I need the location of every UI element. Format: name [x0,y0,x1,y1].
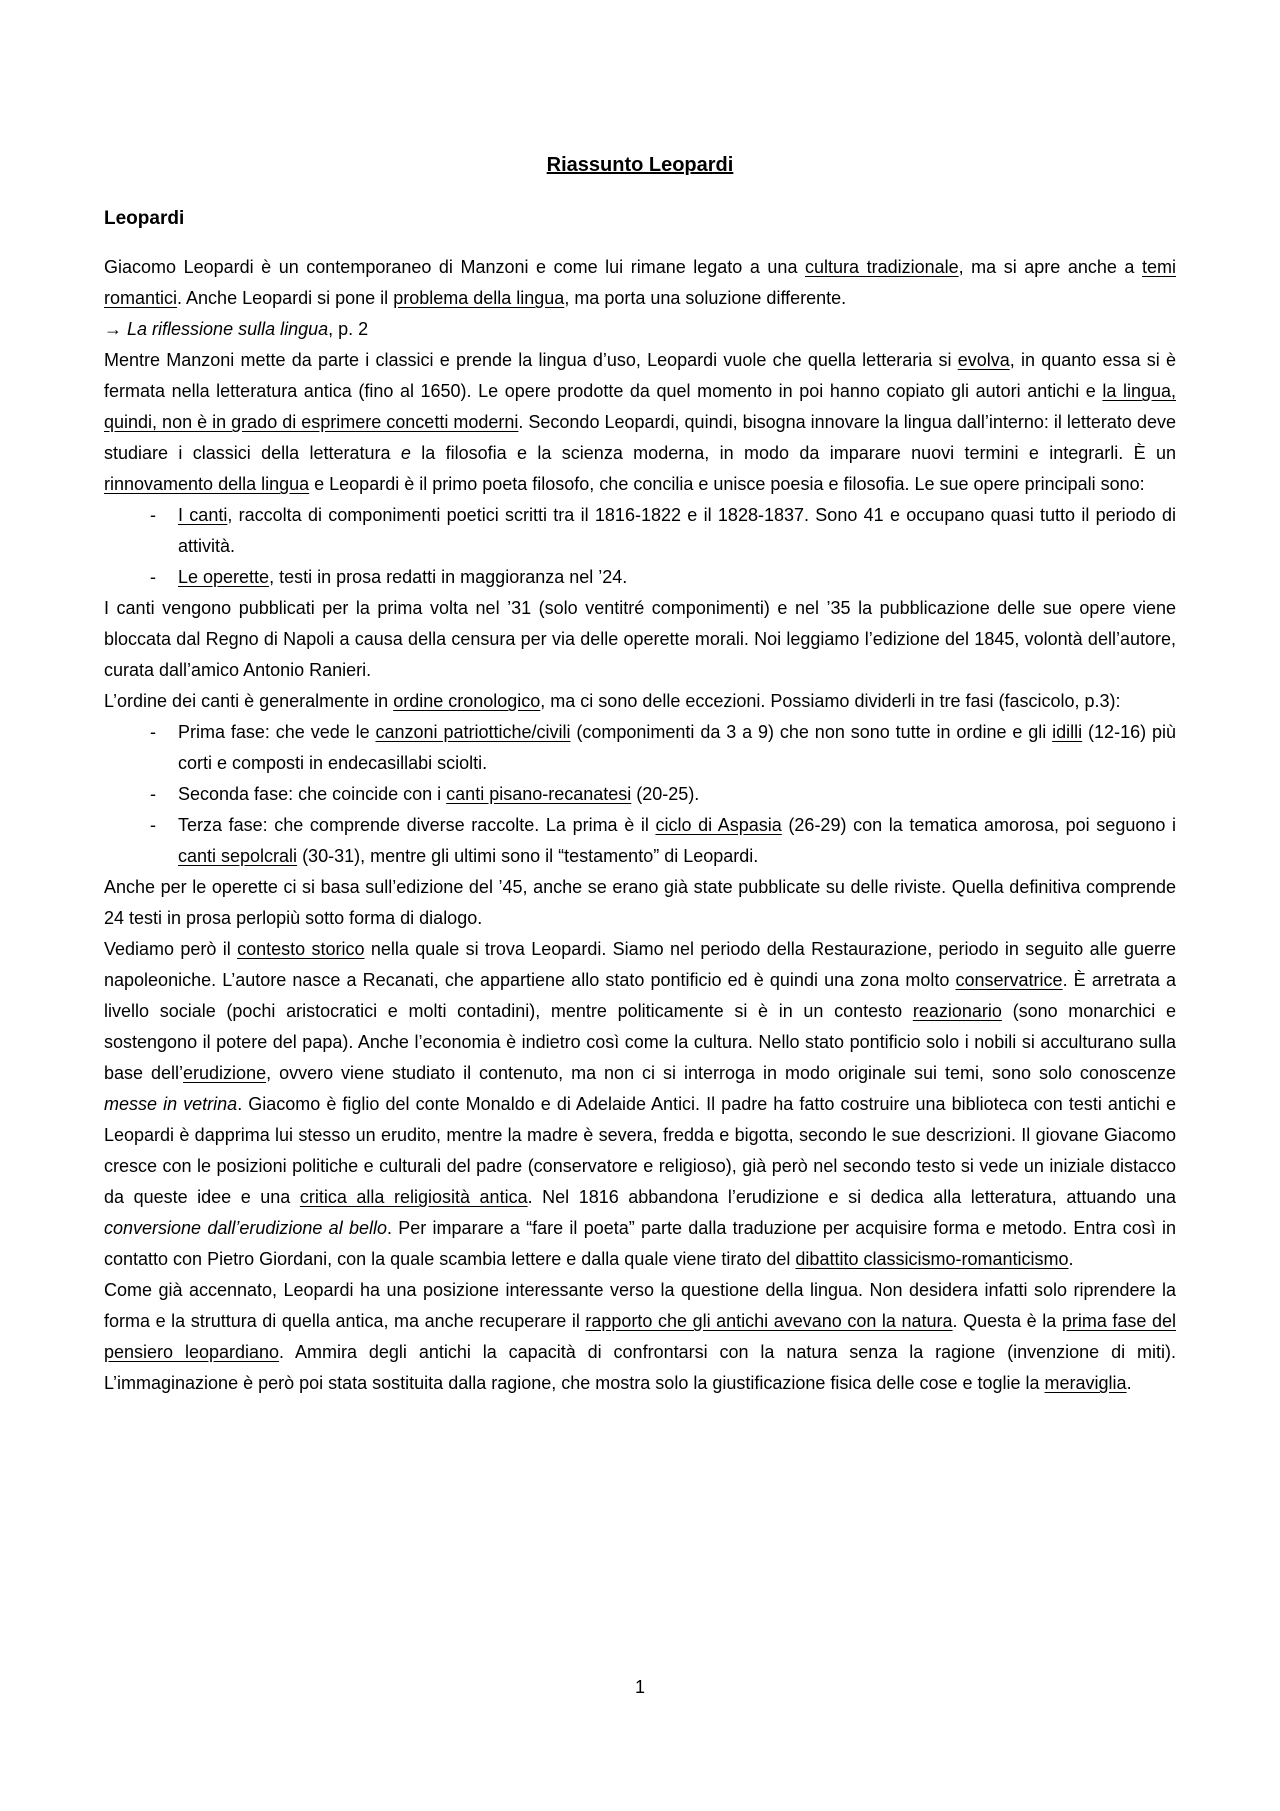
text-run: (20-25). [631,784,699,804]
underlined-text-run: evolva [958,350,1010,370]
text-run: (componimenti da 3 a 9) che non sono tut… [571,722,1053,742]
italic-text-run: messe in vetrina [104,1094,237,1114]
paragraph: L’ordine dei canti è generalmente in ord… [104,686,1176,717]
bullet-list-item: -Terza fase: che comprende diverse racco… [104,810,1176,872]
underlined-text-run: conservatrice [956,970,1063,990]
bullet-content: Seconda fase: che coincide con i canti p… [178,784,699,804]
text-run: . Anche Leopardi si pone il [177,288,393,308]
text-run: la filosofia e la scienza moderna, in mo… [411,443,1176,463]
text-run: Giacomo Leopardi è un contemporaneo di M… [104,257,805,277]
paragraph: Come già accennato, Leopardi ha una posi… [104,1275,1176,1399]
bullet-content: I canti, raccolta di componimenti poetic… [178,505,1176,556]
document-page: Riassunto Leopardi Leopardi Giacomo Leop… [0,0,1280,1811]
underlined-text-run: critica alla religiosità antica [300,1187,528,1207]
underlined-text-run: canti sepolcrali [178,846,297,866]
underlined-text-run: reazionario [913,1001,1002,1021]
bullet-list-item: -I canti, raccolta di componimenti poeti… [104,500,1176,562]
underlined-text-run: problema della lingua [393,288,564,308]
bullet-marker: - [150,810,156,841]
paragraph: Giacomo Leopardi è un contemporaneo di M… [104,252,1176,314]
italic-text-run: e [401,443,411,463]
underlined-text-run: canti pisano-recanatesi [446,784,631,804]
underlined-text-run: rinnovamento della lingua [104,474,309,494]
bullet-list-item: -Le operette, testi in prosa redatti in … [104,562,1176,593]
bullet-content: Prima fase: che vede le canzoni patriott… [178,722,1176,773]
document-title: Riassunto Leopardi [104,150,1176,181]
bullet-marker: - [150,562,156,593]
underlined-text-run: erudizione [183,1063,266,1083]
underlined-text-run: ciclo di Aspasia [655,815,781,835]
underlined-text-run: ordine cronologico [393,691,540,711]
text-run: Anche per le operette ci si basa sull’ed… [104,877,1176,928]
section-heading: Leopardi [104,203,1176,234]
underlined-text-run: meraviglia [1045,1373,1127,1393]
bullet-content: Le operette, testi in prosa redatti in m… [178,567,627,587]
underlined-text-run: I canti [178,505,227,525]
paragraph: Vediamo però il contesto storico nella q… [104,934,1176,1275]
paragraph: I canti vengono pubblicati per la prima … [104,593,1176,686]
text-run: e Leopardi è il primo poeta filosofo, ch… [309,474,1145,494]
text-run: , p. 2 [328,319,368,339]
paragraph: Mentre Manzoni mette da parte i classici… [104,345,1176,500]
text-run: , testi in prosa redatti in maggioranza … [269,567,627,587]
text-run: . Questa è la [953,1311,1062,1331]
underlined-text-run: dibattito classicismo-romanticismo [795,1249,1068,1269]
bullet-list-item: -Seconda fase: che coincide con i canti … [104,779,1176,810]
page-number: 1 [0,1672,1280,1703]
text-run: . Nel 1816 abbandona l’erudizione e si d… [528,1187,1176,1207]
paragraph: Anche per le operette ci si basa sull’ed… [104,872,1176,934]
text-run: . [1127,1373,1132,1393]
document-body: Giacomo Leopardi è un contemporaneo di M… [104,252,1176,1399]
bullet-content: Terza fase: che comprende diverse raccol… [178,815,1176,866]
text-run: Vediamo però il [104,939,237,959]
text-run: Terza fase: che comprende diverse raccol… [178,815,655,835]
text-run: Mentre Manzoni mette da parte i classici… [104,350,958,370]
text-run: (30-31), mentre gli ultimi sono il “test… [297,846,758,866]
italic-text-run: conversione dall’erudizione al bello [104,1218,387,1238]
text-run: L’ordine dei canti è generalmente in [104,691,393,711]
bullet-marker: - [150,717,156,748]
text-run: (26-29) con la tematica amorosa, poi seg… [782,815,1176,835]
underlined-text-run: cultura tradizionale [805,257,959,277]
text-run: Prima fase: che vede le [178,722,376,742]
underlined-text-run: rapporto che gli antichi avevano con la … [585,1311,952,1331]
bullet-marker: - [150,779,156,810]
text-run: , ma ci sono delle eccezioni. Possiamo d… [540,691,1120,711]
underlined-text-run: canzoni patriottiche/civili [376,722,571,742]
underlined-text-run: Le operette [178,567,269,587]
text-run: Seconda fase: che coincide con i [178,784,446,804]
text-run: , ovvero viene studiato il contenuto, ma… [266,1063,1176,1083]
underlined-text-run: idilli [1052,722,1082,742]
underlined-text-run: contesto storico [237,939,364,959]
text-run: I canti vengono pubblicati per la prima … [104,598,1176,680]
text-run: , ma porta una soluzione differente. [564,288,846,308]
bullet-list-item: -Prima fase: che vede le canzoni patriot… [104,717,1176,779]
text-run: . [1069,1249,1074,1269]
text-run: , ma si apre anche a [959,257,1142,277]
text-run: , raccolta di componimenti poetici scrit… [178,505,1176,556]
arrow-reference-line: → La riflessione sulla lingua, p. 2 [104,314,1176,345]
text-run: → [104,319,127,339]
bullet-marker: - [150,500,156,531]
italic-text-run: La riflessione sulla lingua [127,319,328,339]
